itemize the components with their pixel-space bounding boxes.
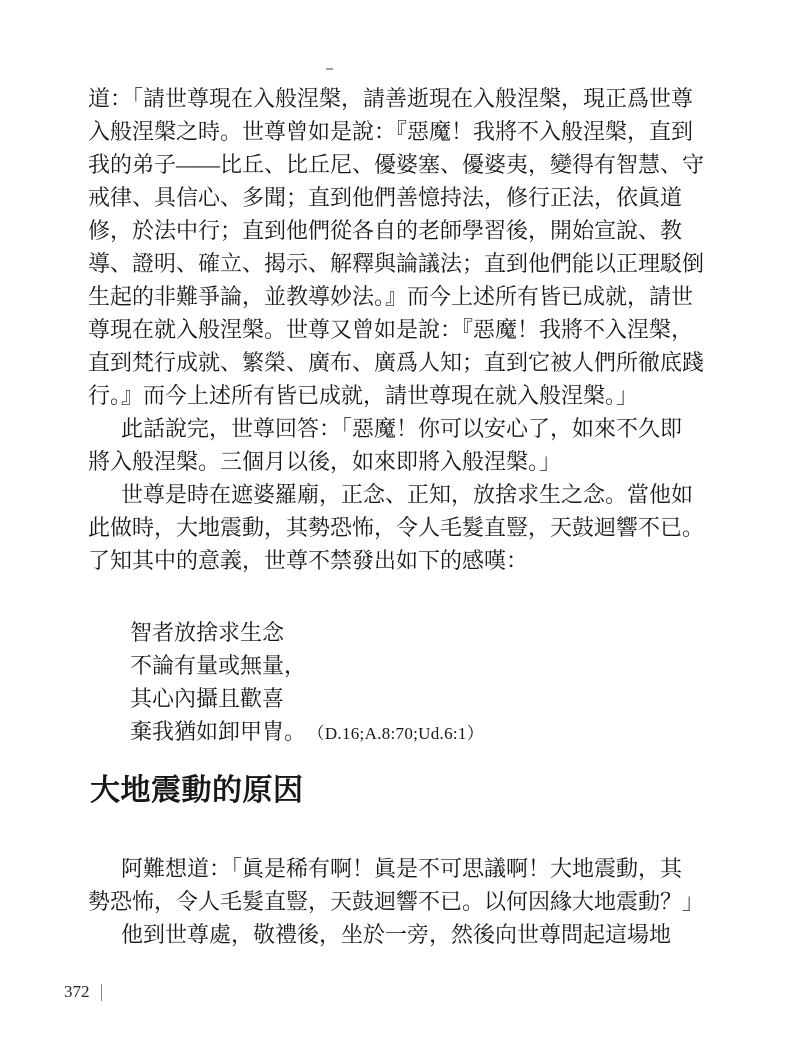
text-line: 修，於法中行；直到他們從各自的老師學習後，開始宣說、教 [88,214,712,247]
scripture-citation: （D.16;A.8:70;Ud.6:1） [316,724,484,743]
after-heading-text-block: 阿難想道：「眞是稀有啊！眞是不可思議啊！大地震動，其 勢恐怖，令人毛髮直豎，天鼓… [88,852,712,951]
text-line: 他到世尊處，敬禮後，坐於一旁，然後向世尊問起這場地 [88,918,712,951]
text-line: 勢恐怖，令人毛髮直豎，天鼓迴響不已。以何因緣大地震動？」 [88,885,712,918]
text-line: 生起的非難爭論，並教導妙法。』而今上述所有皆已成就，請世 [88,280,712,313]
main-text-block: 道：「請世尊現在入般涅槃，請善逝現在入般涅槃，現正爲世尊 入般涅槃之時。世尊曾如… [88,82,712,577]
paragraph: 此話說完，世尊回答：「惡魔！你可以安心了，如來不久即 將入般涅槃。三個月以後，如… [88,412,712,478]
verse-block: 智者放捨求生念 不論有量或無量， 其心內攝且歡喜 棄我猶如卸甲冑。（D.16;A… [130,616,484,748]
page-footer: 372 [64,982,102,1002]
paragraph: 他到世尊處，敬禮後，坐於一旁，然後向世尊問起這場地 [88,918,712,951]
scan-artifact-mark [326,68,333,70]
text-line: 將入般涅槃。三個月以後，如來即將入般涅槃。」 [88,445,712,478]
text-line: 此做時，大地震動，其勢恐怖，令人毛髮直豎，天鼓迴響不已。 [88,511,712,544]
verse-line: 不論有量或無量， [130,649,484,682]
text-line: 行。』而今上述所有皆已成就，請世尊現在就入般涅槃。」 [88,379,712,412]
text-line: 我的弟子——比丘、比丘尼、優婆塞、優婆夷，變得有智慧、守 [88,148,712,181]
verse-line: 其心內攝且歡喜 [130,682,484,715]
text-line: 尊現在就入般涅槃。世尊又曾如是說：『惡魔！我將不入涅槃， [88,313,712,346]
book-page: 道：「請世尊現在入般涅槃，請善逝現在入般涅槃，現正爲世尊 入般涅槃之時。世尊曾如… [0,0,792,1056]
section-heading: 大地震動的原因 [90,772,304,810]
paragraph: 阿難想道：「眞是稀有啊！眞是不可思議啊！大地震動，其 勢恐怖，令人毛髮直豎，天鼓… [88,852,712,918]
paragraph: 世尊是時在遮婆羅廟，正念、正知，放捨求生之念。當他如 此做時，大地震動，其勢恐怖… [88,478,712,577]
paragraph: 道：「請世尊現在入般涅槃，請善逝現在入般涅槃，現正爲世尊 入般涅槃之時。世尊曾如… [88,82,712,412]
text-line: 戒律、具信心、多聞；直到他們善憶持法，修行正法，依眞道 [88,181,712,214]
verse-line-text: 棄我猶如卸甲冑。 [130,719,306,744]
text-line: 導、證明、確立、揭示、解釋與論議法；直到他們能以正理駁倒 [88,247,712,280]
text-line: 此話說完，世尊回答：「惡魔！你可以安心了，如來不久即 [88,412,712,445]
text-line: 直到梵行成就、繁榮、廣布、廣爲人知；直到它被人們所徹底踐 [88,346,712,379]
page-number: 372 [64,982,90,1002]
text-line: 道：「請世尊現在入般涅槃，請善逝現在入般涅槃，現正爲世尊 [88,82,712,115]
text-line: 了知其中的意義，世尊不禁發出如下的感嘆： [88,544,712,577]
text-line: 阿難想道：「眞是稀有啊！眞是不可思議啊！大地震動，其 [88,852,712,885]
verse-line: 棄我猶如卸甲冑。（D.16;A.8:70;Ud.6:1） [130,715,484,748]
text-line: 世尊是時在遮婆羅廟，正念、正知，放捨求生之念。當他如 [88,478,712,511]
verse-line: 智者放捨求生念 [130,616,484,649]
text-line: 入般涅槃之時。世尊曾如是說：『惡魔！我將不入般涅槃，直到 [88,115,712,148]
page-number-divider [101,984,102,1001]
